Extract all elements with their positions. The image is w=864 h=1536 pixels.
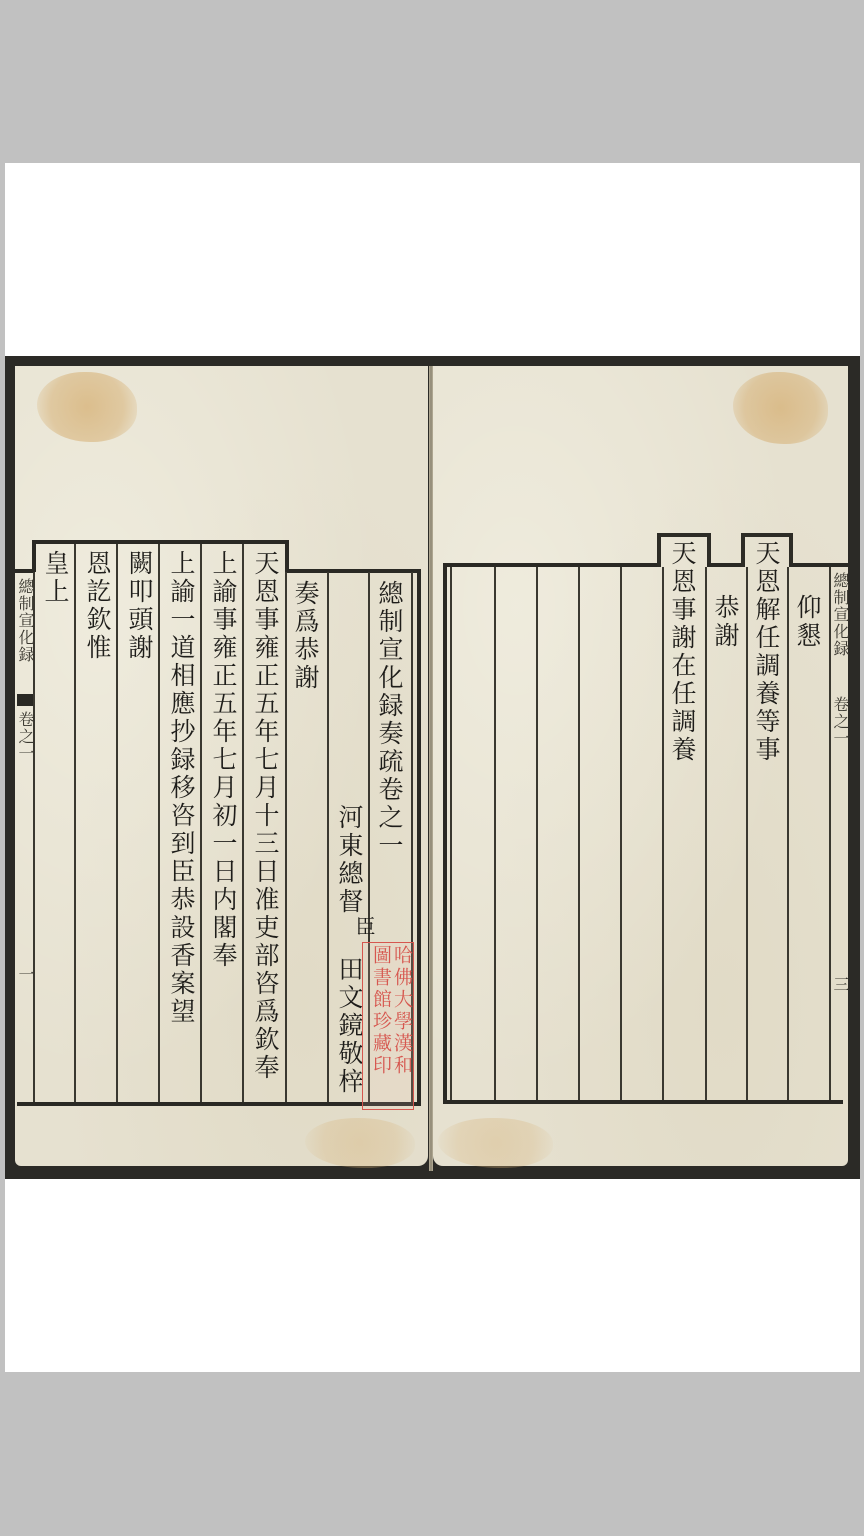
frame-border <box>417 569 421 1106</box>
seal-line-1: 哈佛大學漢和 <box>392 945 411 1107</box>
text-column: 闕叩頭謝 <box>127 550 152 662</box>
water-stain <box>305 1118 415 1168</box>
frame-border <box>15 569 35 573</box>
column-line <box>746 567 748 1100</box>
author-rank: 臣 <box>354 916 374 938</box>
water-stain <box>438 1118 553 1168</box>
column-line <box>494 567 496 1100</box>
text-column: 皇上 <box>43 550 68 606</box>
author-office: 河東總督 <box>337 804 362 916</box>
margin-page-number: 一 <box>17 966 33 983</box>
text-column: 恭謝 <box>713 594 738 650</box>
library-seal: 哈佛大學漢和 圖書館珍藏印 <box>362 942 414 1110</box>
column-line <box>620 567 622 1100</box>
water-stain <box>37 372 137 442</box>
seal-line-2: 圖書館珍藏印 <box>371 945 390 1107</box>
text-column: 天恩解任調養等事 <box>754 540 779 764</box>
frame-border <box>443 563 447 1104</box>
text-column: 上諭一道相應抄録移咨到臣恭設香案望 <box>169 550 194 1026</box>
raised-tab-border <box>707 533 711 567</box>
margin-page-number: 三 <box>832 976 848 993</box>
raised-tab-border <box>657 533 661 567</box>
margin-book-title: 總制宣化録 <box>17 578 33 663</box>
frame-border <box>443 563 657 567</box>
right-page: 仰懇 天恩解任調養等事 恭謝 天恩事謝在任調養 總制宣化録 卷之一 三 <box>433 366 848 1166</box>
raised-tab-border <box>741 533 745 567</box>
column-line <box>662 567 664 1100</box>
margin-divider <box>17 694 33 706</box>
text-column: 仰懇 <box>795 594 820 650</box>
frame-border <box>285 569 420 573</box>
column-line <box>536 567 538 1100</box>
column-line <box>327 572 329 1102</box>
column-line <box>450 567 452 1100</box>
frame-border <box>32 540 36 572</box>
margin-volume: 卷之一 <box>17 711 33 762</box>
column-line <box>116 544 118 1102</box>
frame-border <box>443 1100 843 1104</box>
text-column: 恩訖欽惟 <box>85 550 110 662</box>
left-page: 總制宣化録 卷之一 一 總制宣化録奏疏卷之一 河東總督 臣 田文鏡敬梓 奏爲恭謝… <box>15 366 428 1166</box>
volume-title: 總制宣化録奏疏卷之一 <box>377 580 402 860</box>
raised-tab-border <box>741 533 793 537</box>
text-column: 上諭事雍正五年七月初一日内閣奉 <box>211 550 236 970</box>
column-line <box>285 572 287 1102</box>
frame-border <box>707 563 741 567</box>
column-line <box>787 567 789 1100</box>
text-column: 奏爲恭謝 <box>293 580 318 692</box>
margin-book-title: 總制宣化録 <box>832 572 848 657</box>
raised-tab-border <box>789 533 793 567</box>
column-line <box>578 567 580 1100</box>
frame-border <box>789 563 848 567</box>
margin-volume: 卷之一 <box>832 696 848 747</box>
column-line <box>705 567 707 1100</box>
text-column: 天恩事謝在任調養 <box>670 540 695 764</box>
column-line <box>74 544 76 1102</box>
author-name: 田文鏡敬梓 <box>337 956 362 1096</box>
column-line <box>158 544 160 1102</box>
frame-border <box>17 1102 421 1106</box>
column-line <box>200 544 202 1102</box>
text-column: 天恩事雍正五年七月十三日准吏部咨爲欽奉 <box>253 550 278 1082</box>
water-stain <box>733 372 828 444</box>
frame-border <box>32 540 288 544</box>
scanned-book-spread: 總制宣化録 卷之一 一 總制宣化録奏疏卷之一 河東總督 臣 田文鏡敬梓 奏爲恭謝… <box>5 356 860 1179</box>
frame-border <box>285 540 289 572</box>
raised-tab-border <box>657 533 711 537</box>
column-line <box>242 544 244 1102</box>
